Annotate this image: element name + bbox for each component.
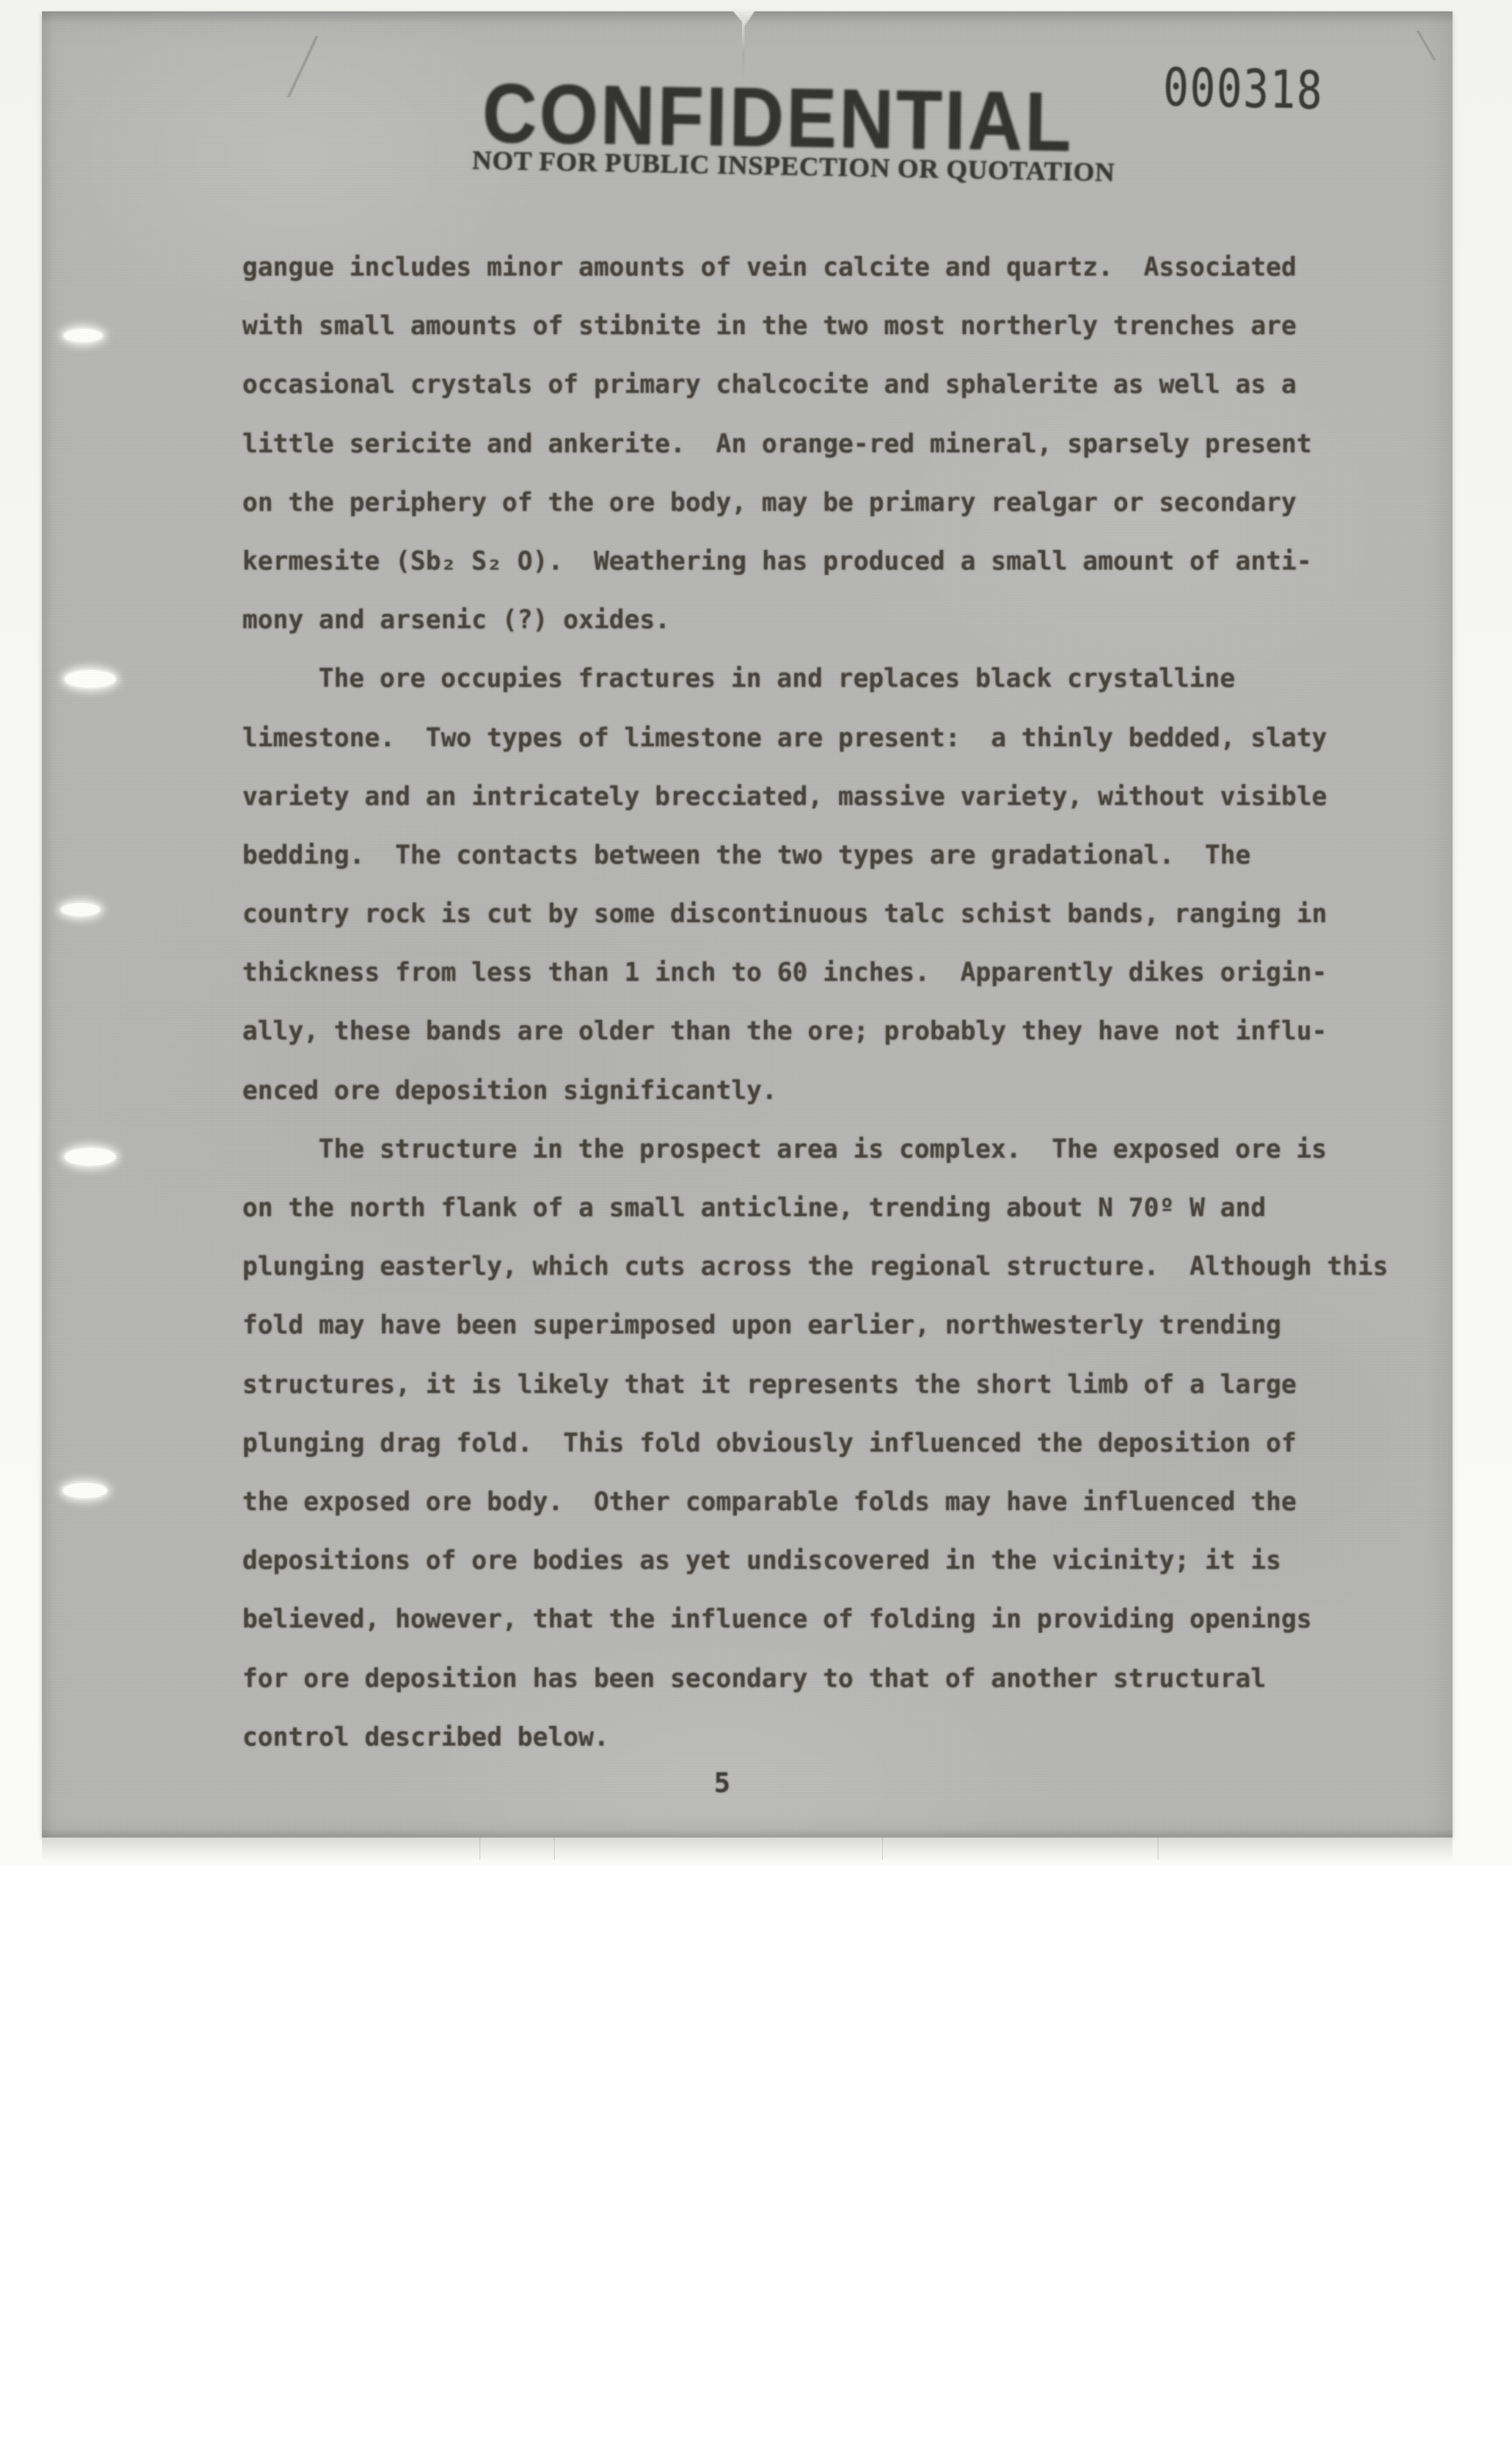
typed-line: control described below. — [242, 1719, 1406, 1778]
typed-line: variety and an intricately brecciated, m… — [242, 779, 1406, 837]
punch-hole — [65, 670, 115, 688]
typed-line: on the north flank of a small anticline,… — [242, 1190, 1406, 1249]
scanner-edge-shadow — [42, 1837, 1452, 1860]
typed-line: country rock is cut by some discontinuou… — [242, 896, 1406, 955]
scan-streak — [479, 1837, 480, 1860]
typed-line: believed, however, that the influence of… — [242, 1601, 1406, 1660]
typed-line: ally, these bands are older than the ore… — [242, 1013, 1406, 1072]
punch-hole — [63, 1483, 107, 1498]
typed-line: limestone. Two types of limestone are pr… — [242, 720, 1406, 779]
typed-line: little sericite and ankerite. An orange-… — [242, 426, 1406, 485]
typed-line: fold may have been superimposed upon ear… — [242, 1307, 1406, 1366]
pencil-mark — [276, 36, 329, 97]
typed-line: bedding. The contacts between the two ty… — [242, 837, 1406, 896]
punch-hole — [65, 1148, 115, 1165]
typed-line: structures, it is likely that it represe… — [242, 1367, 1406, 1425]
scanned-document: CONFIDENTIAL NOT FOR PUBLIC INSPECTION O… — [0, 0, 1512, 1865]
typed-line: plunging easterly, which cuts across the… — [242, 1249, 1406, 1307]
scan-streak — [882, 1837, 883, 1860]
document-body: gangue includes minor amounts of vein ca… — [242, 249, 1406, 1778]
punch-hole — [64, 329, 102, 342]
typed-line: occasional crystals of primary chalcocit… — [242, 367, 1406, 425]
typed-line: with small amounts of stibnite in the tw… — [242, 308, 1406, 367]
typed-line: mony and arsenic (?) oxides. — [242, 602, 1406, 661]
pencil-mark — [1409, 31, 1444, 60]
typed-line: The structure in the prospect area is co… — [242, 1131, 1406, 1190]
typed-line: kermesite (Sb₂ S₂ O). Weathering has pro… — [242, 543, 1406, 602]
scanned-page: CONFIDENTIAL NOT FOR PUBLIC INSPECTION O… — [42, 11, 1452, 1837]
typed-line: enced ore deposition significantly. — [242, 1073, 1406, 1131]
typed-line: The ore occupies fractures in and replac… — [242, 661, 1406, 719]
typed-line: on the periphery of the ore body, may be… — [242, 485, 1406, 543]
typed-line: thickness from less than 1 inch to 60 in… — [242, 955, 1406, 1013]
scan-streak — [554, 1837, 555, 1860]
typed-line: the exposed ore body. Other comparable f… — [242, 1484, 1406, 1543]
punch-hole — [61, 903, 100, 916]
scan-streak — [1158, 1837, 1158, 1860]
typed-line: depositions of ore bodies as yet undisco… — [242, 1543, 1406, 1601]
typed-line: plunging drag fold. This fold obviously … — [242, 1425, 1406, 1484]
page-number: 5 — [714, 1767, 731, 1799]
typed-line: for ore deposition has been secondary to… — [242, 1661, 1406, 1719]
serial-number-stamp: 000318 — [1163, 57, 1324, 122]
typed-line: gangue includes minor amounts of vein ca… — [242, 249, 1406, 308]
